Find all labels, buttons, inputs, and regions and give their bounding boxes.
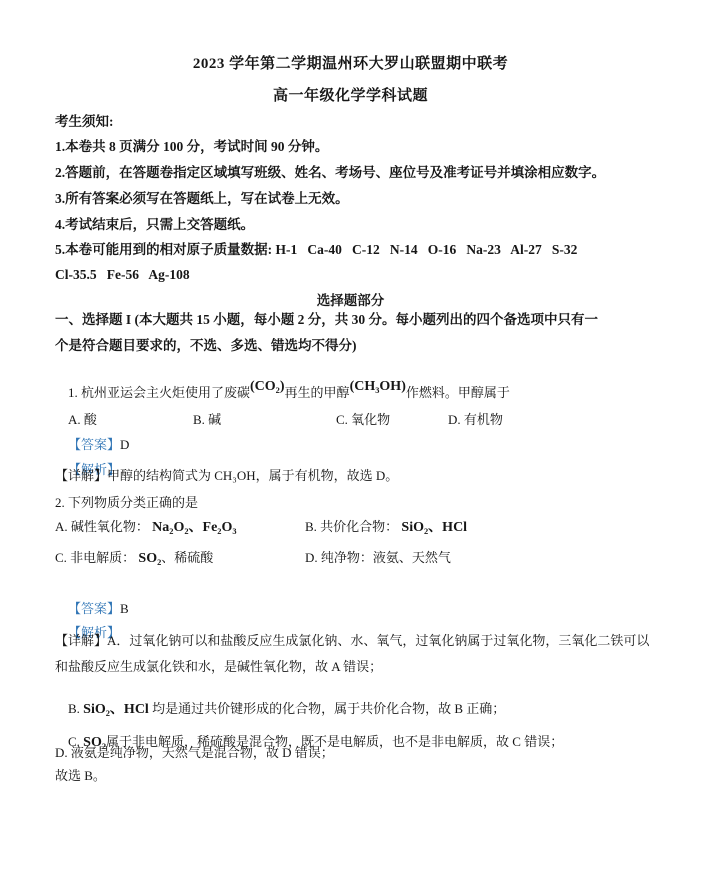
question-2-conclusion: 故选 B。 <box>55 767 106 785</box>
notice-item-5-atomic-masses: 5.本卷可能用到的相对原子质量数据: H-1 Ca-40 C-12 N-14 O… <box>55 241 577 260</box>
question-1-formula-co2: (CO₂) <box>250 379 285 394</box>
question-2-stem: 2. 下列物质分类正确的是 <box>55 494 198 512</box>
question-1-option-c: C. 氧化物 <box>336 411 448 429</box>
question-2-option-b-formula: SiO₂、HCl <box>401 520 467 535</box>
question-2-detail-b-text: 均是通过共价键形成的化合物，属于共价化合物，故 B 正确； <box>149 701 505 716</box>
question-2-option-d: D. 纯净物：液氨、天然气 <box>305 549 451 569</box>
question-2-option-c: C. 非电解质： SO₂、稀硫酸 <box>55 549 305 569</box>
notice-item-1: 1.本卷共 8 页满分 100 分，考试时间 90 分钟。 <box>55 138 328 157</box>
question-2-detail-a: 【详解】A．过氧化钠可以和盐酸反应生成氯化钠、水、氧气，过氧化钠属于过氧化物，三… <box>55 628 655 680</box>
notice-item-5-atomic-masses-continued: Cl-35.5 Fe-56 Ag-108 <box>55 266 190 285</box>
exam-subtitle: 高一年级化学学科试题 <box>0 84 701 105</box>
section-intro-line-2: 个是符合题目要求的，不选、多选、错选均不得分) <box>55 337 357 356</box>
question-2-options-row-ab: A. 碱性氧化物： Na₂O₂、Fe₂O₃ B. 共价化合物： SiO₂、HCl <box>55 518 467 538</box>
question-2-option-a-formula: Na₂O₂、Fe₂O₃ <box>152 520 236 535</box>
question-2-detail-b-prefix: B. <box>68 701 83 716</box>
question-1-formula-ch3oh: (CH₃OH) <box>350 379 406 394</box>
exam-document-page: 2023 学年第二学期温州环大罗山联盟期中联考 高一年级化学学科试题 考生须知:… <box>0 0 701 877</box>
question-1-answer-value: D <box>120 437 129 452</box>
question-2-options-row-cd: C. 非电解质： SO₂、稀硫酸 D. 纯净物：液氨、天然气 <box>55 549 451 569</box>
question-2-detail-c: C. SO₂属于非电解质，稀硫酸是混合物，既不是电解质，也不是非电解质，故 C … <box>55 715 563 771</box>
question-1-detail: 【详解】甲醇的结构简式为 CH₃OH，属于有机物，故选 D。 <box>55 467 398 485</box>
question-2-option-b: B. 共价化合物： SiO₂、HCl <box>305 518 467 538</box>
notice-item-2: 2.答题前，在答题卷指定区域填写班级、姓名、考场号、座位号及准考证号并填涂相应数… <box>55 164 605 183</box>
section-intro-line-1: 一、选择题 I (本大题共 15 小题，每小题 2 分，共 30 分。每小题列出… <box>55 311 598 330</box>
question-2-option-c-suffix: 、稀硫酸 <box>161 550 213 565</box>
notice-heading: 考生须知: <box>55 113 114 132</box>
question-1-option-d: D. 有机物 <box>448 412 503 427</box>
question-2-option-a: A. 碱性氧化物： Na₂O₂、Fe₂O₃ <box>55 518 305 538</box>
exam-title: 2023 学年第二学期温州环大罗山联盟期中联考 <box>0 52 701 73</box>
notice-item-4: 4.考试结束后，只需上交答题纸。 <box>55 216 254 235</box>
question-2-answer-value: B <box>120 601 129 616</box>
question-2-option-a-label: A. 碱性氧化物： <box>55 519 152 534</box>
section-title-multiple-choice: 选择题部分 <box>0 289 701 309</box>
notice-item-3: 3.所有答案必须写在答题纸上，写在试卷上无效。 <box>55 190 349 209</box>
question-2-option-c-label: C. 非电解质： <box>55 550 138 565</box>
question-2-option-b-label: B. 共价化合物： <box>305 519 401 534</box>
question-1-option-b: B. 碱 <box>193 411 336 429</box>
question-2-detail-d: D. 液氨是纯净物，天然气是混合物，故 D 错误； <box>55 744 334 762</box>
question-2-option-c-formula: SO₂ <box>138 551 161 566</box>
